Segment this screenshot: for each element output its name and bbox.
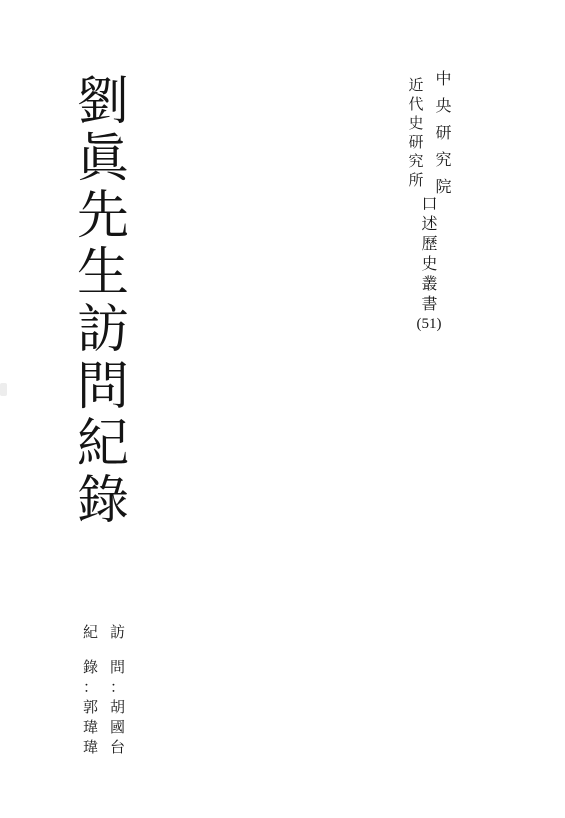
char-glyph: 錄 xyxy=(83,661,98,676)
char-glyph: 紀 xyxy=(77,419,129,471)
char-glyph: 國 xyxy=(110,721,125,736)
char-glyph: ： xyxy=(110,681,125,696)
char-glyph: 錄 xyxy=(77,476,129,528)
char-glyph: 紀 xyxy=(83,626,98,641)
char-glyph: 瑋 xyxy=(83,721,98,736)
char-glyph: 研 xyxy=(435,126,451,142)
char-glyph: 眞 xyxy=(77,134,129,186)
char-glyph: 先 xyxy=(77,191,129,243)
char-glyph: 叢 xyxy=(421,277,437,293)
book-title-page: 劉眞先生訪問紀錄 中央研究院 近代史研究所 口述歷史叢書 (51) 訪問：胡國台… xyxy=(0,0,565,818)
series-volume-number: (51) xyxy=(409,317,449,332)
char-glyph: 書 xyxy=(421,297,437,313)
char-glyph: 究 xyxy=(408,155,423,170)
char-glyph: 史 xyxy=(408,117,423,132)
char-glyph: 生 xyxy=(77,248,129,300)
char-glyph: 歷 xyxy=(421,237,437,253)
char-glyph: 所 xyxy=(408,174,423,189)
char-glyph: 央 xyxy=(435,99,451,115)
book-title: 劉眞先生訪問紀錄 xyxy=(74,77,132,528)
char-glyph: 史 xyxy=(421,257,437,273)
interviewer-credit: 訪問：胡國台 xyxy=(109,626,126,756)
char-glyph: 台 xyxy=(110,741,125,756)
char-glyph: 究 xyxy=(435,153,451,169)
char-glyph: 訪 xyxy=(77,305,129,357)
series-institution-line2: 近代史研究所 xyxy=(408,79,424,189)
char-glyph: 代 xyxy=(408,98,423,113)
char-glyph: 問 xyxy=(110,661,125,676)
char-glyph: 中 xyxy=(435,72,451,88)
char-glyph: 院 xyxy=(435,180,451,196)
scan-smudge xyxy=(0,383,7,396)
char-glyph: 研 xyxy=(408,136,423,151)
char-glyph: 胡 xyxy=(110,701,125,716)
char-glyph: 瑋 xyxy=(83,741,98,756)
series-institution-line1: 中央研究院 xyxy=(435,72,452,196)
char-glyph: ： xyxy=(83,681,98,696)
recorder-credit: 紀錄：郭瑋瑋 xyxy=(82,626,99,756)
char-glyph: 郭 xyxy=(83,701,98,716)
char-glyph: 述 xyxy=(421,217,437,233)
char-glyph: 問 xyxy=(77,362,129,414)
char-glyph: 劉 xyxy=(77,77,129,129)
series-name: 口述歷史叢書 xyxy=(421,197,438,313)
char-glyph: 訪 xyxy=(110,626,125,641)
char-glyph: 近 xyxy=(408,79,423,94)
char-glyph: 口 xyxy=(421,197,437,213)
